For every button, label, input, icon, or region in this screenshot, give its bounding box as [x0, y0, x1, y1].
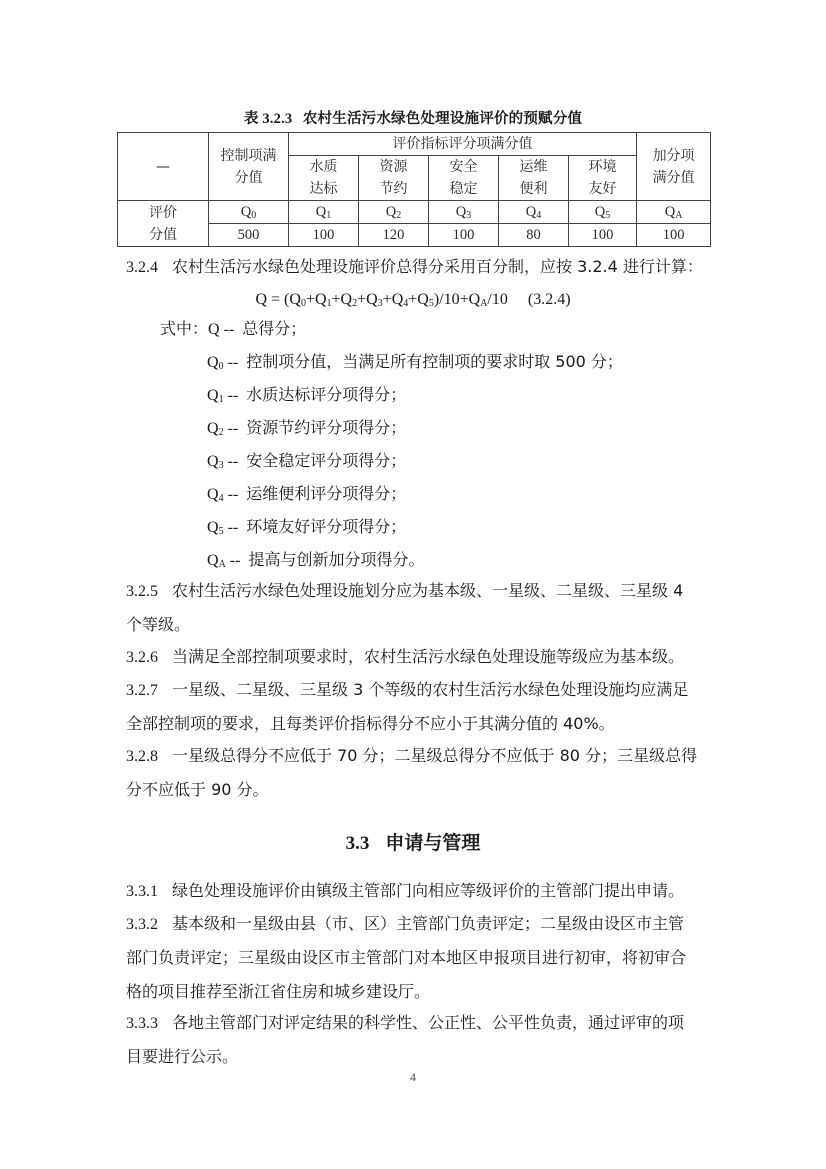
value-cell-q0: 500 — [209, 224, 289, 247]
clause-number: 3.2.5 — [126, 583, 158, 600]
def-sub: A — [219, 559, 226, 570]
row-label-line2: 分值 — [118, 224, 208, 246]
header-text: 便利 — [499, 178, 568, 200]
symbol-base: Q — [595, 204, 605, 220]
where-lead-line: 式中：Q -- 总得分； — [160, 312, 306, 346]
def-sub: 0 — [219, 361, 224, 372]
where-lead: 式中： — [160, 319, 208, 338]
def-text: 提高与创新加分项得分。 — [248, 550, 424, 569]
clause-text: 各地主管部门对评定结果的科学性、公正性、公平性负责，通过评审的项 — [172, 1013, 684, 1032]
header-environment-friendly: 环境 友好 — [569, 156, 637, 201]
symbol-base: Q — [241, 204, 251, 220]
def-symbol: Q — [207, 486, 219, 503]
def-symbol: Q — [207, 354, 219, 371]
symbol-sub: 0 — [251, 210, 256, 221]
definition-q1: Q1 -- 水质达标评分项得分； — [207, 378, 406, 412]
clause-text: 目要进行公示。 — [126, 1047, 238, 1066]
clause-number: 3.3.2 — [126, 916, 158, 933]
clause-text: 一星级总得分不应低于 70 分；二星级总得分不应低于 80 分；三星级总得 — [172, 746, 697, 765]
table-corner-cell: — — [118, 133, 209, 201]
clause-text: 基本级和一星级由县（市、区）主管部门负责评定；二星级由设区市主管 — [172, 914, 684, 933]
symbol-cell-q1: Q1 — [289, 201, 359, 224]
def-sub: 1 — [219, 394, 224, 405]
clause-3-2-8: 3.2.8一星级总得分不应低于 70 分；二星级总得分不应低于 80 分；三星级… — [126, 739, 716, 807]
clause-3-3-2: 3.3.2基本级和一星级由县（市、区）主管部门负责评定；二星级由设区市主管 部门… — [126, 907, 716, 1009]
symbol-base: Q — [316, 204, 326, 220]
header-bonus-score: 加分项 满分值 — [637, 133, 711, 201]
def-symbol: Q — [207, 519, 219, 536]
symbol-base: Q — [386, 204, 396, 220]
formula-part: +Q — [332, 291, 353, 308]
formula-part: +Q — [357, 291, 378, 308]
clause-3-2-6: 3.2.6当满足全部控制项要求时，农村生活污水绿色处理设施等级应为基本级。 — [126, 640, 716, 674]
def-text: 安全稳定评分项得分； — [246, 451, 406, 470]
clause-3-2-4: 3.2.4农村生活污水绿色处理设施评价总得分采用百分制，应按 3.2.4 进行计… — [126, 250, 716, 284]
def-symbol: Q — [207, 552, 219, 569]
clause-number: 3.2.4 — [126, 259, 158, 276]
def-symbol: Q — [207, 420, 219, 437]
section-heading-3-3: 3.3申请与管理 — [0, 828, 826, 859]
header-text: 环境 — [569, 156, 636, 178]
clause-text: 一星级、二星级、三星级 3 个等级的农村生活污水绿色处理设施均应满足 — [172, 680, 688, 699]
section-number: 3.3 — [346, 833, 370, 854]
score-table: — 控制项满 分值 评价指标评分项满分值 加分项 满分值 水质 达标 资源 节约… — [117, 132, 711, 247]
header-text: 水质 — [289, 156, 358, 178]
page-number: 4 — [0, 1070, 826, 1085]
def-text: 水质达标评分项得分； — [246, 385, 406, 404]
section-title: 申请与管理 — [385, 832, 480, 854]
header-water-quality: 水质 达标 — [289, 156, 359, 201]
value-cell-q3: 100 — [429, 224, 499, 247]
formula-part: +Q — [383, 291, 404, 308]
symbol-sub: 3 — [466, 210, 471, 221]
symbol-cell-q2: Q2 — [359, 201, 429, 224]
clause-number: 3.2.8 — [126, 748, 158, 765]
header-operation-convenience: 运维 便利 — [499, 156, 569, 201]
definition-q5: Q5 -- 环境友好评分项得分； — [207, 510, 406, 544]
symbol-cell-q3: Q3 — [429, 201, 499, 224]
table-caption-number: 表 3.2.3 — [244, 111, 293, 127]
header-control-line1: 控制项满 — [209, 145, 288, 167]
symbol-cell-q0: Q0 — [209, 201, 289, 224]
def-text: 运维便利评分项得分； — [246, 484, 406, 503]
clause-text: 当满足全部控制项要求时，农村生活污水绿色处理设施等级应为基本级。 — [172, 647, 684, 666]
header-text: 安全 — [429, 156, 498, 178]
clause-3-3-1: 3.3.1绿色处理设施评价由镇级主管部门向相应等级评价的主管部门提出申请。 — [126, 874, 716, 908]
definition-q0: Q0 -- 控制项分值，当满足所有控制项的要求时取 500 分； — [207, 345, 623, 379]
header-resource-saving: 资源 节约 — [359, 156, 429, 201]
clause-number: 3.3.1 — [126, 883, 158, 900]
formula-part: +Q — [408, 291, 429, 308]
symbol-sub: A — [675, 210, 682, 221]
header-group-title: 评价指标评分项满分值 — [289, 133, 637, 156]
symbol-base: Q — [665, 204, 675, 220]
definition-qa: QA -- 提高与创新加分项得分。 — [207, 543, 424, 577]
symbol-cell-q4: Q4 — [499, 201, 569, 224]
def-sub: 3 — [219, 460, 224, 471]
header-safety-stability: 安全 稳定 — [429, 156, 499, 201]
def-text: 资源节约评分项得分； — [246, 418, 406, 437]
def-symbol: Q — [207, 387, 219, 404]
value-cell-q5: 100 — [569, 224, 637, 247]
def-symbol: Q — [207, 453, 219, 470]
header-text: 资源 — [359, 156, 428, 178]
header-bonus-line2: 满分值 — [637, 167, 710, 189]
symbol-base: Q — [526, 204, 536, 220]
definition-q4: Q4 -- 运维便利评分项得分； — [207, 477, 406, 511]
clause-text: 绿色处理设施评价由镇级主管部门向相应等级评价的主管部门提出申请。 — [172, 881, 684, 900]
clause-number: 3.2.7 — [126, 682, 158, 699]
clause-3-2-7: 3.2.7一星级、二星级、三星级 3 个等级的农村生活污水绿色处理设施均应满足 … — [126, 673, 716, 741]
header-control-line2: 分值 — [209, 167, 288, 189]
symbol-cell-q5: Q5 — [569, 201, 637, 224]
value-cell-q2: 120 — [359, 224, 429, 247]
table-caption-text: 农村生活污水绿色处理设施评价的预赋分值 — [303, 111, 582, 127]
formula-part: /10 — [487, 291, 507, 308]
header-text: 运维 — [499, 156, 568, 178]
clause-text: 农村生活污水绿色处理设施划分应为基本级、一星级、二星级、三星级 4 — [172, 581, 683, 600]
symbol-sub: 2 — [396, 210, 401, 221]
table-caption: 表 3.2.3 农村生活污水绿色处理设施评价的预赋分值 — [0, 107, 826, 128]
formula-part: +Q — [306, 291, 327, 308]
def-sub: 4 — [219, 493, 224, 504]
clause-3-2-5: 3.2.5农村生活污水绿色处理设施划分应为基本级、一星级、二星级、三星级 4 个… — [126, 574, 716, 642]
formula-part: Q = (Q — [255, 291, 300, 308]
header-text: 友好 — [569, 178, 636, 200]
header-bonus-line1: 加分项 — [637, 145, 710, 167]
where-text-q: 总得分； — [242, 319, 306, 338]
where-symbol-q: Q -- — [208, 321, 234, 338]
def-sub: 2 — [219, 427, 224, 438]
clause-text: 农村生活污水绿色处理设施评价总得分采用百分制，应按 3.2.4 进行计算： — [172, 257, 703, 276]
clause-number: 3.2.6 — [126, 649, 158, 666]
symbol-sub: 5 — [605, 210, 610, 221]
equation-number: (3.2.4) — [528, 291, 571, 308]
def-text: 控制项分值，当满足所有控制项的要求时取 500 分； — [246, 352, 623, 371]
symbol-base: Q — [456, 204, 466, 220]
def-text: 环境友好评分项得分； — [246, 517, 406, 536]
value-cell-qa: 100 — [637, 224, 711, 247]
clause-text: 个等级。 — [126, 615, 190, 634]
symbol-sub: 1 — [326, 210, 331, 221]
header-text: 达标 — [289, 178, 358, 200]
header-text: 稳定 — [429, 178, 498, 200]
clause-number: 3.3.3 — [126, 1015, 158, 1032]
formula-3-2-4: Q = (Q0+Q1+Q2+Q3+Q4+Q5)/10+QA/10 (3.2.4) — [0, 283, 826, 316]
clause-text: 格的项目推荐至浙江省住房和城乡建设厅。 — [126, 982, 430, 1001]
row-label-line1: 评价 — [118, 202, 208, 224]
formula-part: )/10+Q — [434, 291, 480, 308]
symbol-sub: 4 — [536, 210, 541, 221]
clause-text: 部门负责评定；三星级由设区市主管部门对本地区申报项目进行初审，将初审合 — [126, 948, 686, 967]
symbol-cell-qa: QA — [637, 201, 711, 224]
value-cell-q1: 100 — [289, 224, 359, 247]
clause-3-3-3: 3.3.3各地主管部门对评定结果的科学性、公正性、公平性负责，通过评审的项 目要… — [126, 1006, 716, 1074]
definition-q2: Q2 -- 资源节约评分项得分； — [207, 411, 406, 445]
clause-text: 分不应低于 90 分。 — [126, 780, 269, 799]
header-text: 节约 — [359, 178, 428, 200]
header-control-score: 控制项满 分值 — [209, 133, 289, 201]
value-cell-q4: 80 — [499, 224, 569, 247]
clause-text: 全部控制项的要求，且每类评价指标得分不应小于其满分值的 40%。 — [126, 714, 615, 733]
def-sub: 5 — [219, 526, 224, 537]
row-label-score: 评价 分值 — [118, 201, 209, 247]
definition-q3: Q3 -- 安全稳定评分项得分； — [207, 444, 406, 478]
